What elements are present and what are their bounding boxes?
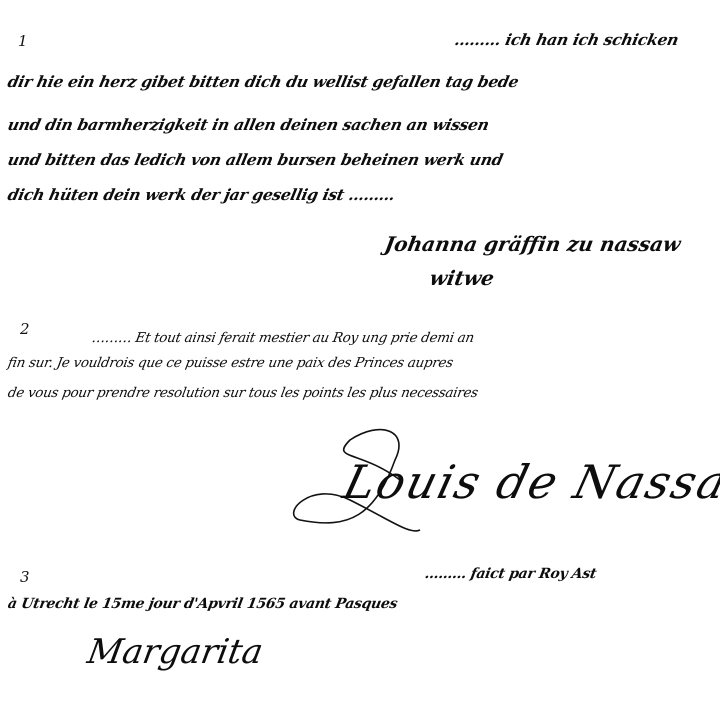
facsimile-page: 1 ……… ich han ich schicken dir hie ein h… [0, 0, 720, 701]
section-1-line-1: dir hie ein herz gibet bitten dich du we… [6, 72, 520, 91]
section-3-line-1: à Utrecht le 15me jour d'Apvril 1565 ava… [7, 596, 399, 612]
section-2-line-1: fin sur. Je vouldrois que ce puisse estr… [7, 355, 455, 371]
section-2-signature: Louis de Nassau [338, 455, 720, 509]
section-1-signature-name: Johanna gräffin zu nassaw [383, 232, 683, 256]
section-2-line-0: ……… Et tout ainsi ferait mestier au Roy … [91, 330, 476, 346]
section-2-number: 2 [20, 320, 30, 338]
section-2-line-2: de vous pour prendre resolution sur tous… [7, 385, 480, 401]
section-3-number: 3 [20, 568, 30, 586]
section-1-signature-title: witwe [428, 266, 496, 290]
section-3-line-0: ……… faict par Roy Ast [424, 566, 598, 582]
section-1-line-2: und din barmherzigkeit in allen deinen s… [6, 115, 491, 134]
section-1-number: 1 [18, 32, 28, 50]
section-1-line-3: und bitten das ledich von allem bursen b… [6, 150, 505, 169]
section-1-line-4: dich hüten dein werk der jar gesellig is… [6, 185, 397, 204]
section-3-signature: Margarita [84, 632, 265, 672]
section-1-line-0: ……… ich han ich schicken [453, 30, 680, 49]
